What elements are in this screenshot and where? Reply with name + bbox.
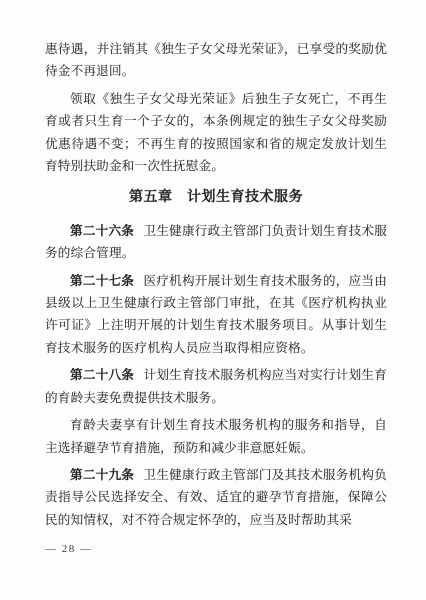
article-number-28: 第二十八条: [70, 368, 134, 382]
article-number-29: 第二十九条: [70, 468, 134, 482]
document-page: 惠待遇，并注销其《独生子女父母光荣证》，已享受的奖励优待金不再退回。 领取《独生…: [0, 0, 426, 600]
page-number: — 28 —: [45, 543, 93, 555]
body-paragraph-continuation: 惠待遇，并注销其《独生子女父母光荣证》，已享受的奖励优待金不再退回。: [45, 38, 387, 83]
article-paragraph-26: 第二十六条卫生健康行政主管部门负责计划生育技术服务的综合管理。: [45, 220, 387, 265]
article-paragraph-29: 第二十九条卫生健康行政主管部门及其技术服务机构负责指导公民选择安全、有效、适宜的…: [45, 464, 387, 531]
article-paragraph-27: 第二十七条医疗机构开展计划生育技术服务的，应当由县级以上卫生健康行政主管部门审批…: [45, 270, 387, 360]
document-content: 惠待遇，并注销其《独生子女父母光荣证》，已享受的奖励优待金不再退回。 领取《独生…: [45, 38, 387, 536]
body-paragraph: 育龄夫妻享有计划生育技术服务机构的服务和指导，自主选择避孕节育措施，预防和减少非…: [45, 414, 387, 459]
body-paragraph: 领取《独生子女父母光荣证》后独生子女死亡，不再生育或者只生育一个子女的，本条例规…: [45, 88, 387, 178]
article-number-26: 第二十六条: [70, 224, 134, 238]
article-paragraph-28: 第二十八条计划生育技术服务机构应当对实行计划生育的育龄夫妻免费提供技术服务。: [45, 364, 387, 409]
chapter-heading: 第五章 计划生育技术服务: [45, 187, 387, 209]
article-number-27: 第二十七条: [70, 274, 134, 288]
